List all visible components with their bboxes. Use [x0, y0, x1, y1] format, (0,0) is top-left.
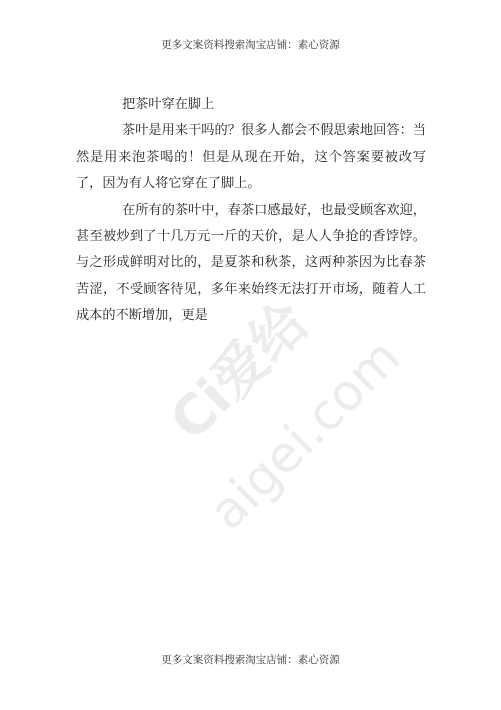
- paragraph-1: 茶叶是用来干吗的？很多人都会不假思索地回答：当然是用来泡茶喝的！但是从现在开始，…: [76, 118, 426, 197]
- watermark-url: aigei.com: [198, 328, 411, 541]
- page-header: 更多文案资料搜索淘宝店铺：素心资源: [0, 37, 501, 52]
- paragraph-2: 在所有的茶叶中，春茶口感最好，也最受顾客欢迎，甚至被炒到了十几万元一斤的天价，是…: [76, 198, 426, 330]
- document-page: 更多文案资料搜索淘宝店铺：素心资源 Ci爱给 aigei.com 把茶叶穿在脚上…: [0, 0, 501, 710]
- page-footer: 更多文案资料搜索淘宝店铺：素心资源: [0, 652, 501, 667]
- document-body: 把茶叶穿在脚上 茶叶是用来干吗的？很多人都会不假思索地回答：当然是用来泡茶喝的！…: [76, 92, 426, 330]
- document-title: 把茶叶穿在脚上: [76, 92, 426, 118]
